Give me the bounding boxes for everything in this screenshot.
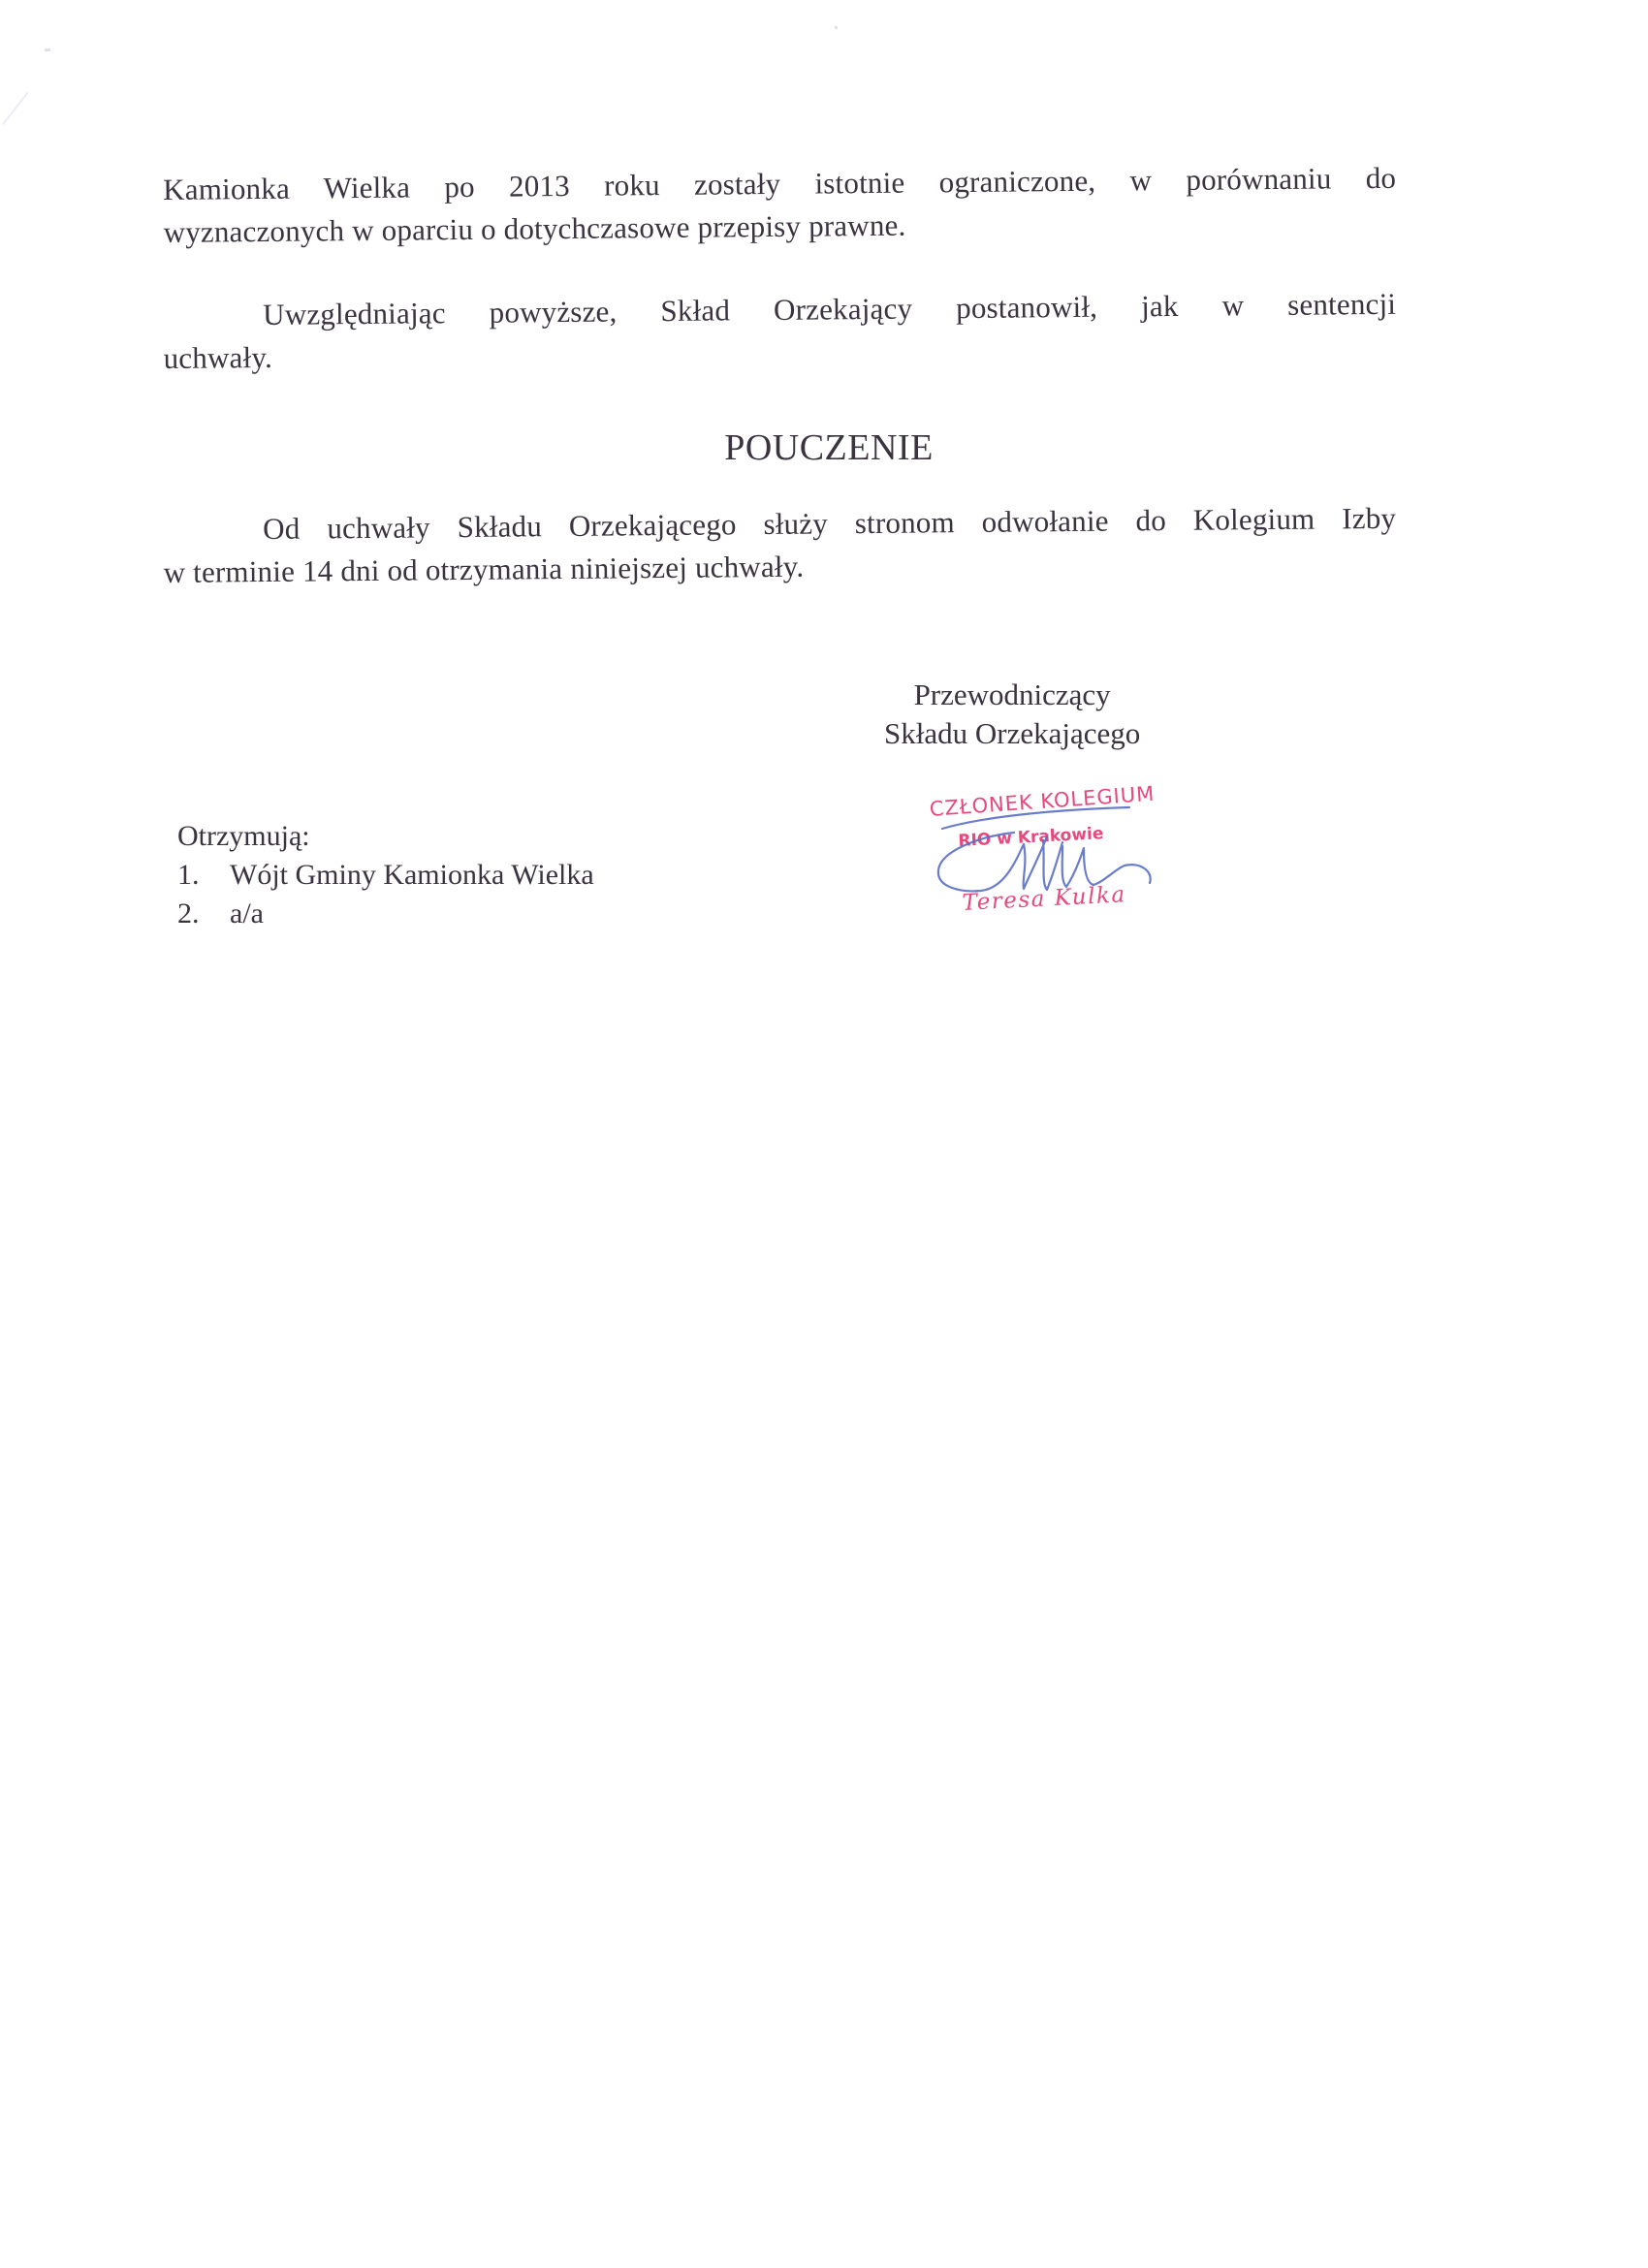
signature-title-line1: Przewodniczący	[884, 676, 1140, 714]
instruction-heading: POUCZENIE	[0, 426, 1648, 469]
recipients-label: Otrzymują:	[177, 817, 594, 856]
signature-title-line2: Składu Orzekającego	[884, 714, 1140, 753]
handwritten-signature-icon	[921, 798, 1173, 924]
list-item-number: 1.	[177, 856, 230, 895]
official-stamp: CZŁONEK KOLEGIUM RIO w Krakowie Teresa K…	[921, 798, 1173, 924]
signature-title: Przewodniczący Składu Orzekającego	[884, 676, 1140, 753]
list-item: 1. Wójt Gminy Kamionka Wielka	[177, 856, 594, 895]
scan-artifact	[835, 26, 838, 29]
list-item-text: Wójt Gminy Kamionka Wielka	[230, 856, 594, 895]
recipients-list: Otrzymują: 1. Wójt Gminy Kamionka Wielka…	[177, 817, 594, 933]
paragraph-conclusion: Uwzględniając powyższe, Skład Orzekający…	[163, 283, 1397, 380]
scan-artifact	[45, 48, 50, 51]
list-item-text: a/a	[230, 895, 264, 933]
document-page: Kamionka Wielka po 2013 roku zostały ist…	[0, 0, 1648, 2268]
scan-artifact	[2, 92, 28, 125]
list-item: 2. a/a	[177, 895, 594, 933]
list-item-number: 2.	[177, 895, 230, 933]
paragraph-instruction: Od uchwały Składu Orzekającego służy str…	[163, 497, 1397, 594]
paragraph-continuation: Kamionka Wielka po 2013 roku zostały ist…	[163, 157, 1397, 254]
